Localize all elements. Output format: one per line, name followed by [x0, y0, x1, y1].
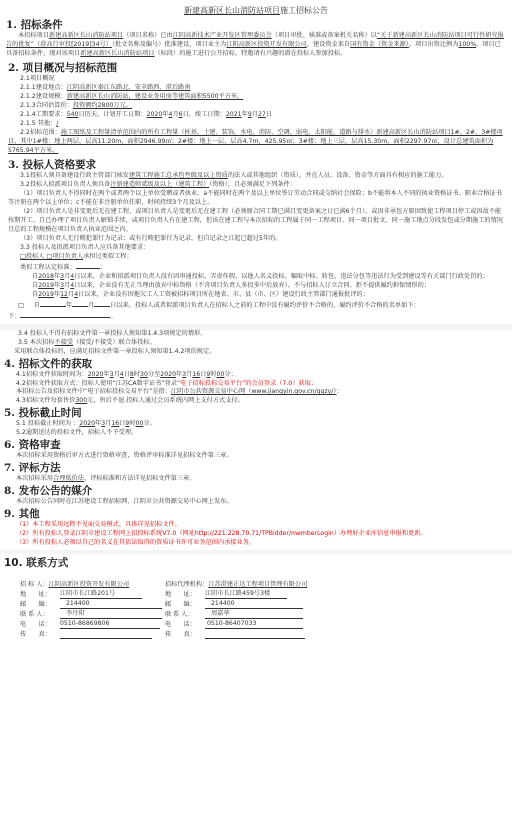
section-heading: 1. 招标条件 — [6, 18, 512, 32]
requirement-abandon: 自2019年3月4日以来，企业没有无正当理由放弃中标资格（不含项目负责人多投多中… — [8, 282, 512, 291]
contact-row-fax: 传 真： 传 真： — [20, 630, 512, 640]
contract-estimate: 2.1.3合同估算价：投资额约2800万元。 — [20, 102, 512, 111]
qualification-3-3: 3.3 投标人及拟派项目负责人应具备其他要求： — [8, 244, 512, 253]
section-heading: 4. 招标文件的获取 — [4, 357, 512, 371]
section-heading: 2. 项目概况与招标范围 — [8, 61, 512, 75]
section-bid-deadline: 5. 投标截止时间 5.1 投标截止时间为 ：2020年3月16日9时00分。 … — [0, 406, 512, 438]
section-heading: 6. 资格审查 — [4, 438, 512, 452]
construction-site: 2.1.1建设地点：江阴高新区秦江东路北、安全路西、澄后路南 — [20, 84, 512, 93]
schedule-requirement: 2.1.4工期要求：540日历天，计划开工日期：2020年4月6日，竣工日期：2… — [20, 111, 512, 120]
condition-3: （3）项目负责人无行贿犯罪行为记录；或有行贿犯罪行为记录，但自记录之日起已超过5… — [8, 235, 512, 244]
section-qualification-review: 6. 资格审查 本次招标采用资格后审方式进行资格审查，资格评审标准详见招标文件第… — [0, 438, 512, 461]
qualification-3-1: 3.1投标人须具备建设行政主管部门核发建筑工程施工总承包叁级及以上资质的法人或其… — [8, 172, 512, 181]
construction-scale: 2.1.2建设规模：新建高新区长山消防站，建设业务用房等建筑面积5500平方米。 — [20, 93, 512, 102]
tenderer-fax — [60, 630, 152, 639]
contact-row-org: 招 标 人：江阴高新区投资开发有限公司 招标代理机构：江苏澄建正达工程项目管理有… — [20, 580, 512, 590]
agency-fax — [205, 630, 305, 639]
overview-label: 2.1项目概况 — [20, 75, 512, 84]
document-price: 4.3招标文件每套售价300元，售后不退.投标人通过会员系统内网上支付方式支付。 — [16, 397, 512, 406]
checkbox[interactable]: □ — [18, 302, 24, 309]
contact-table: 招 标 人：江阴高新区投资开发有限公司 招标代理机构：江苏澄建正达工程项目管理有… — [4, 580, 512, 640]
agency-address: 江阴市长江路459号3楼 — [205, 590, 287, 599]
divider-band — [0, 550, 512, 554]
contact-row-person: 联 系 人：李丹阳 联 系 人：周嘉华 — [20, 610, 512, 620]
section-heading: 10. 联系方式 — [4, 556, 512, 570]
section-contact: 10. 联系方式 招 标 人：江阴高新区投资开发有限公司 招标代理机构：江苏澄建… — [0, 556, 512, 640]
section-other: 9. 其他 （1）本工程采用远程不见面交易模式，具体详见招标文件。 （2）所有投… — [0, 507, 512, 548]
section-heading: 9. 其他 — [4, 507, 512, 521]
section-evaluation-method: 7. 评标方法 本次招标采用合理低价法，评标标准和方法详见招标文件第三章。 — [0, 461, 512, 484]
qualification-3-2: 3.2投标人拟派项目负责人须具备注册建造师贰级及以上（建筑工程）（资格），且必须… — [8, 181, 512, 190]
contact-row-phone: 电 话：0510-86869806 电 话：0510-86407033 — [20, 620, 512, 630]
section-project-overview: 2. 项目概况与招标范围 2.1项目概况 2.1.1建设地点：江阴高新区秦江东路… — [0, 61, 512, 156]
agency-zip: 214400 — [205, 600, 303, 609]
tenderer-zip: 214400 — [60, 600, 162, 609]
other-item: （1）本工程采用远程不见面交易模式，具体详见招标文件。 — [16, 521, 512, 530]
document-title: 新建高新区长山消防站项目施工招标公告 — [0, 4, 512, 18]
late-submission-note: 5.2逾期送达的投标文件，招标人不予受理。 — [16, 429, 512, 438]
agency-contact: 周嘉华 — [205, 610, 303, 619]
section-heading: 8. 发布公告的媒介 — [4, 484, 512, 498]
review-text: 本次招标采用资格后审方式进行资格审查，资格评审标准详见招标文件第三章。 — [4, 452, 512, 461]
tender-announcement: 新建高新区长山消防站项目施工招标公告 1. 招标条件 本招标项目新建高新区长山消… — [0, 0, 512, 640]
platform-website-link[interactable]: 江阴市公共资源交易中心网（www.jiangyin.gov.cn/ggzy/） — [171, 388, 337, 395]
agency-phone: 0510-86407033 — [205, 620, 303, 629]
obtain-time: 4.1招标文件获取时间为：2020年3月4日8时30分至2020年3月16日9时… — [16, 371, 512, 380]
section-bidder-qualifications: 3. 投标人资格要求 3.1投标人须具备建设行政主管部门核发建筑工程施工总承包叁… — [0, 158, 512, 322]
similar-project-standard: 类似工程认定标准：； — [8, 262, 512, 273]
tenderer-contact: 李丹阳 — [60, 610, 162, 619]
other-item: （3）所有投标人必须以自己的名义在其依法取得的资质证书许可业务范围内承接业务。 — [16, 539, 512, 548]
requirement-penalty: 自2018年3月4日以来，企业和拟派项目负责人没有因串通投标、弄虚作假、以他人名… — [8, 273, 512, 282]
contact-row-zip: 邮 编：214400 邮 编：214400 — [20, 600, 512, 610]
other-info: 2.1.5 其他：/ — [20, 120, 512, 129]
requirement-performance: □ 自年月日以来，投标人或者拟派项目负责人在招标人之前的工程中没有履约评价不合格… — [8, 300, 512, 322]
section-obtain-documents: 4. 招标文件的获取 4.1招标文件获取时间为：2020年3月4日8时30分至2… — [0, 357, 512, 407]
contact-row-address: 地 址：江阴市长江路201号 地 址：江阴市长江路459号3楼 — [20, 590, 512, 600]
similar-project-checkbox[interactable]: □投标人 □项目负责人承担过类似工程； — [8, 253, 512, 262]
section-tender-conditions: 1. 招标条件 本招标项目新建高新区长山消防站项目（项目名称）已由江阴高新技术产… — [0, 18, 512, 59]
publication-text: 本次招标公告同时在江苏建设工程招标网、江阴市公共资源交易中心网上发布。 — [4, 498, 512, 507]
tenderer-phone: 0510-86869806 — [60, 620, 160, 629]
section-heading: 5. 投标截止时间 — [4, 406, 512, 420]
tender-conditions-paragraph: 本招标项目新建高新区长山消防站项目（项目名称）已由江阴高新技术产业开发区管理委员… — [6, 32, 512, 59]
condition-2: （2）项目负责人是非变更后无在建工程，或项目负责人是变更后无在建工程（必须原合同… — [8, 208, 512, 235]
platform-login-link[interactable]: “电子招标投标交易平台”的会员登录（7.0）获取； — [177, 380, 317, 387]
evaluation-text: 本次招标采用合理低价法，评标标准和方法详见招标文件第三章。 — [4, 475, 512, 484]
section-3-continued: 3.4 投标人不得有招标文件第一章投标人须知第1.4.3项规定的情形。 3.5 … — [0, 330, 512, 357]
section-heading: 7. 评标方法 — [4, 461, 512, 475]
qualification-3-5: 3.5 本次招标不接受（接受/不接受）联合体投标。 — [14, 339, 512, 348]
tenderer-address: 江阴市长江路201号 — [60, 590, 142, 599]
joint-bid-note: 采用联合体投标的，应满足招标文件第一章投标人须知第1.4.2项的规定。 — [14, 348, 512, 357]
condition-1: （1）项目负责人不得同时在两个或者两个以上单位受聘或者执业。a不能同时在两个及以… — [8, 190, 512, 208]
section-publication-media: 8. 发布公告的媒介 本次招标公告同时在江苏建设工程招标网、江阴市公共资源交易中… — [0, 484, 512, 507]
section-heading: 3. 投标人资格要求 — [8, 158, 512, 172]
other-item: （2）所有投标人登录江阴市建设工程网上招投标系统V7.0（网址http://22… — [16, 530, 512, 539]
tenderer-org: 江阴高新区投资开发有限公司 — [49, 580, 129, 590]
agency-org: 江苏澄建正达工程项目管理有限公司 — [208, 580, 307, 590]
tender-scope: 2.2招标范围：施工图纸及工程量清单范围内的所有工程量（桩基、土建、装饰、水电、… — [8, 129, 512, 156]
requirement-wage: 自2019年12月4日以来，企业没有因拖欠工人工资被招标项目所在地省、市、县（市… — [8, 291, 512, 300]
qualification-3-4: 3.4 投标人不得有招标文件第一章投标人须知第1.4.3项规定的情形。 — [14, 330, 512, 339]
